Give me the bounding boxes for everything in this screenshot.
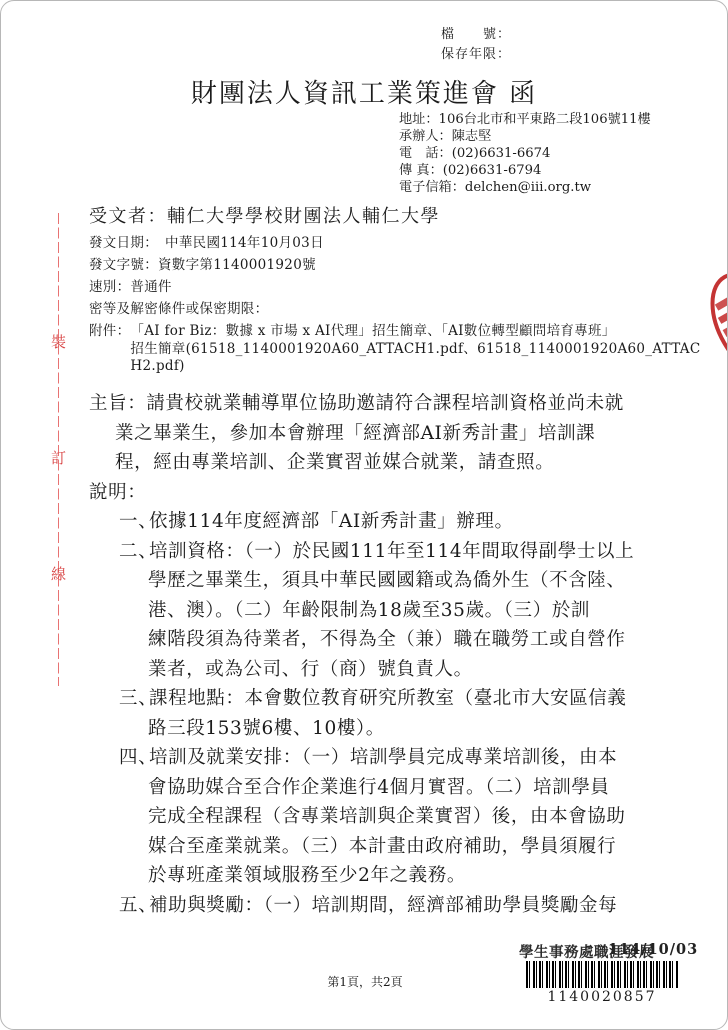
subject-line: 程，經由專業培訓、企業實習並媒合就業，請查照。 xyxy=(1,448,691,478)
item-number: 五、 xyxy=(119,891,149,921)
issue-date-line: 發文日期： 中華民國114年10月03日 xyxy=(89,232,700,254)
contact-line: 電 話：(02)6631-6674 xyxy=(399,145,651,162)
attachment-lines: 「AI for Biz：數據 x 市場 x AI代理」招生簡章、「AI數位轉型顧… xyxy=(130,323,700,376)
item-line: 四、培訓及就業安排：（一）培訓學員完成專業培訓後，由本 xyxy=(1,743,691,773)
item-number: 一、 xyxy=(119,507,149,537)
official-letter-page: 檔 號： 保存年限： 財團法人資訊工業策進會 函 地址：106台北市和平東路二段… xyxy=(0,0,728,1030)
binding-char: 線 xyxy=(50,563,67,584)
attachment-line: 招生簡章(61518_1140001920A60_ATTACH1.pdf、615… xyxy=(130,341,700,359)
retention-label: 保存年限： xyxy=(441,45,511,65)
binding-char: 裝 xyxy=(50,331,67,352)
attachment-line: 「AI for Biz：數據 x 市場 x AI代理」招生簡章、「AI數位轉型顧… xyxy=(130,323,700,341)
file-number-block: 檔 號： 保存年限： xyxy=(441,25,511,65)
document-body: 主旨：請貴校就業輔導單位協助邀請符合課程培訓資格並尚未就業之畢業生，參加本會辦理… xyxy=(1,389,691,920)
contact-block: 地址：106台北市和平東路二段106號11樓承辦人：陳志堅電 話：(02)663… xyxy=(399,111,651,196)
item-line: 三、課程地點：本會數位教育研究所教室（臺北市大安區信義 xyxy=(1,684,691,714)
recipient-line: 受文者：輔仁大學學校財團法人輔仁大學 xyxy=(89,202,440,228)
subject-line: 主旨：請貴校就業輔導單位協助邀請符合課程培訓資格並尚未就 xyxy=(1,389,691,419)
item-line: 學歷之畢業生，須具中華民國國籍或為僑外生（不含陸、 xyxy=(1,566,691,596)
speed-line: 速別：普通件 xyxy=(89,276,700,298)
barcode xyxy=(526,961,678,988)
contact-line: 電子信箱：delchen@iii.org.tw xyxy=(399,179,651,196)
item-number: 三、 xyxy=(119,684,149,714)
item-line: 港、澳）。（二）年齡限制為18歲至35歲。（三）於訓 xyxy=(1,596,691,626)
item-line: 完成全程課程（含專業培訓與企業實習）後，由本會協助 xyxy=(1,802,691,832)
document-title: 財團法人資訊工業策進會 函 xyxy=(1,73,727,110)
item-line: 業者，或為公司、行（商）號負責人。 xyxy=(1,655,691,685)
item-number: 四、 xyxy=(119,743,149,773)
doc-number-line: 發文字號：資數字第1140001920號 xyxy=(89,254,700,276)
subject-line: 業之畢業生，參加本會辦理「經濟部AI新秀計畫」培訓課 xyxy=(1,419,691,449)
item-line: 路三段153號6樓、10樓）。 xyxy=(1,714,691,744)
contact-line: 地址：106台北市和平東路二段106號11樓 xyxy=(399,111,651,128)
attachment-row: 附件： 「AI for Biz：數據 x 市場 x AI代理」招生簡章、「AI數… xyxy=(89,320,700,376)
item-number: 二、 xyxy=(119,537,149,567)
subject-label: 主旨： xyxy=(89,393,146,414)
attachment-line: H2.pdf) xyxy=(130,358,700,376)
received-stamp-date: 114/10/03 xyxy=(608,941,698,958)
page-number: 第1頁，共2頁 xyxy=(298,973,432,990)
file-number-label: 檔 號： xyxy=(441,25,511,45)
security-line: 密等及解密條件或保密期限： xyxy=(89,298,700,320)
binding-char: 訂 xyxy=(50,447,67,468)
contact-line: 傳 真：(02)6631-6794 xyxy=(399,162,651,179)
item-line: 媒合至產業就業。（三）本計畫由政府補助，學員須履行 xyxy=(1,832,691,862)
item-line: 五、補助與獎勵：（一）培訓期間，經濟部補助學員獎勵金每 xyxy=(1,891,691,921)
item-line: 二、培訓資格：（一）於民國111年至114年間取得副學士以上 xyxy=(1,537,691,567)
official-seal-stamp xyxy=(657,267,728,389)
description-label: 說明： xyxy=(1,478,691,508)
item-line: 練階段須為待業者，不得為全（兼）職在職勞工或自營作 xyxy=(1,625,691,655)
attachment-label: 附件： xyxy=(89,323,130,341)
item-line: 一、依據114年度經濟部「AI新秀計畫」辦理。 xyxy=(1,507,691,537)
item-line: 於專班產業領域服務至少2年之義務。 xyxy=(1,861,691,891)
item-line: 會協助媒合至合作企業進行4個月實習。（二）培訓學員 xyxy=(1,773,691,803)
contact-line: 承辦人：陳志堅 xyxy=(399,128,651,145)
meta-block: 發文日期： 中華民國114年10月03日 發文字號：資數字第1140001920… xyxy=(89,232,700,376)
barcode-number: 1140020857 xyxy=(526,989,678,1005)
